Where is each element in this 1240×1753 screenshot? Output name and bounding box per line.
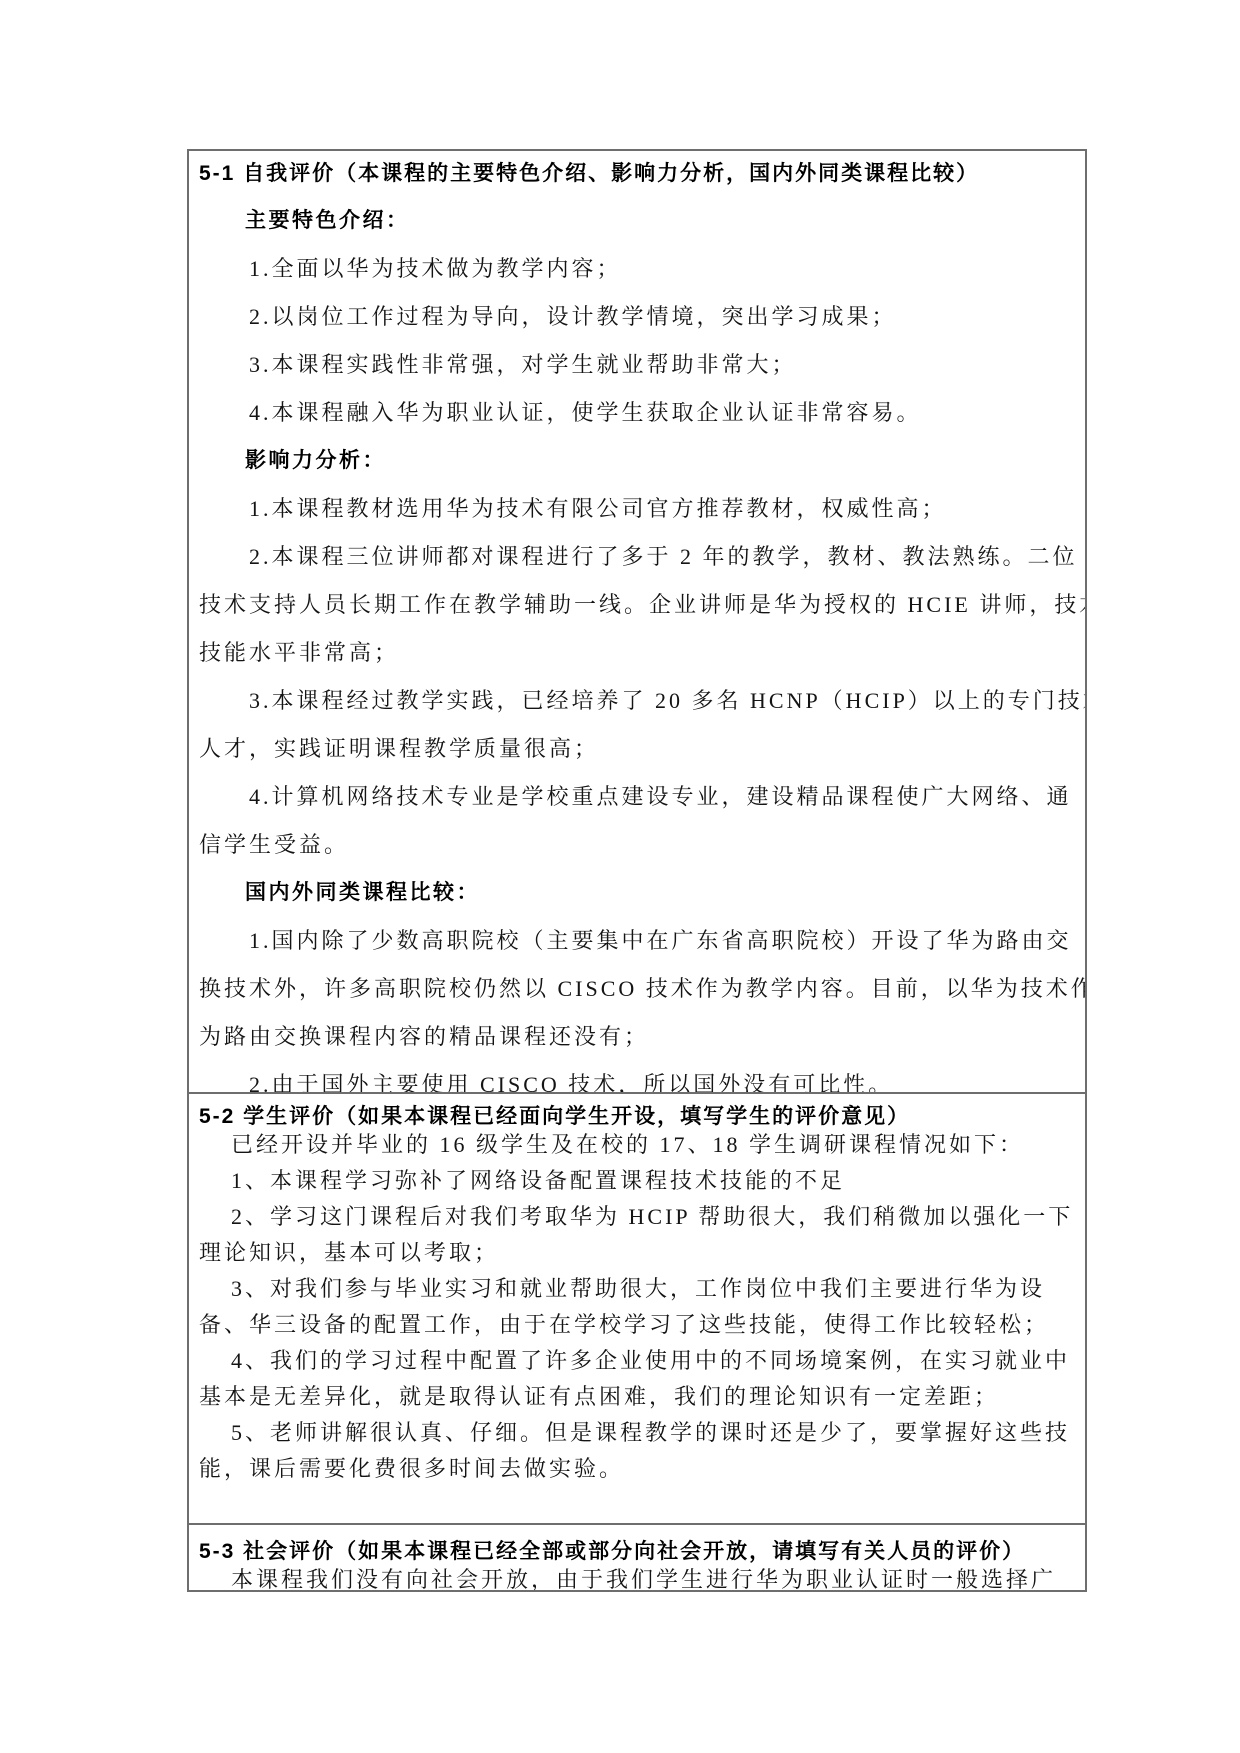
page: { "colors": { "border": "#6e6e6e", "text…	[0, 0, 1240, 1753]
section-5-2: 5-2 学生评价（如果本课程已经面向学生开设，填写学生的评价意见）已经开设并毕业…	[189, 1092, 1085, 1523]
text-line: 备、华三设备的配置工作，由于在学校学习了这些技能，使得工作比较轻松；	[199, 1308, 1075, 1344]
text-line: 技术支持人员长期工作在教学辅助一线。企业讲师是华为授权的 HCIE 讲师，技术	[199, 588, 1075, 636]
text-line: 技能水平非常高；	[199, 636, 1075, 684]
text-line: 5、老师讲解很认真、仔细。但是课程教学的课时还是少了，要掌握好这些技	[231, 1416, 1075, 1452]
section-header-5-2: 5-2 学生评价（如果本课程已经面向学生开设，填写学生的评价意见）	[199, 1100, 1075, 1128]
text-line: 1、本课程学习弥补了网络设备配置课程技术技能的不足	[231, 1164, 1075, 1200]
section-header-5-1: 5-1 自我评价（本课程的主要特色介绍、影响力分析，国内外同类课程比较）	[199, 157, 1075, 204]
section-5-1: 5-1 自我评价（本课程的主要特色介绍、影响力分析，国内外同类课程比较）主要特色…	[189, 151, 1085, 1092]
text-line: 2.以岗位工作过程为导向，设计教学情境，突出学习成果；	[249, 300, 1075, 348]
text-line: 2.由于国外主要使用 CISCO 技术，所以国外没有可比性。	[249, 1068, 1075, 1092]
text-line: 1.本课程教材选用华为技术有限公司官方推荐教材，权威性高；	[249, 492, 1075, 540]
section-5-3: 5-3 社会评价（如果本课程已经全部或部分向社会开放，请填写有关人员的评价）本课…	[189, 1523, 1085, 1590]
section-header-5-3: 5-3 社会评价（如果本课程已经全部或部分向社会开放，请填写有关人员的评价）	[199, 1535, 1075, 1563]
text-line: 主要特色介绍：	[245, 204, 1075, 252]
text-line: 4.本课程融入华为职业认证，使学生获取企业认证非常容易。	[249, 396, 1075, 444]
evaluation-table: 5-1 自我评价（本课程的主要特色介绍、影响力分析，国内外同类课程比较）主要特色…	[187, 149, 1087, 1592]
text-line: 信学生受益。	[199, 828, 1075, 876]
text-line: 已经开设并毕业的 16 级学生及在校的 17、18 学生调研课程情况如下：	[231, 1128, 1075, 1164]
text-line: 影响力分析：	[245, 444, 1075, 492]
text-line: 3、对我们参与毕业实习和就业帮助很大，工作岗位中我们主要进行华为设	[231, 1272, 1075, 1308]
text-line: 理论知识，基本可以考取；	[199, 1236, 1075, 1272]
text-line: 1.国内除了少数高职院校（主要集中在广东省高职院校）开设了华为路由交	[249, 924, 1075, 972]
text-line: 3.本课程经过教学实践，已经培养了 20 多名 HCNP（HCIP）以上的专门技…	[249, 684, 1075, 732]
text-line: 能，课后需要化费很多时间去做实验。	[199, 1452, 1075, 1488]
text-line: 4.计算机网络技术专业是学校重点建设专业，建设精品课程使广大网络、通	[249, 780, 1075, 828]
text-line: 基本是无差异化，就是取得认证有点困难，我们的理论知识有一定差距；	[199, 1380, 1075, 1416]
text-line: 2、学习这门课程后对我们考取华为 HCIP 帮助很大，我们稍微加以强化一下	[231, 1200, 1075, 1236]
text-line: 4、我们的学习过程中配置了许多企业使用中的不同场境案例，在实习就业中	[231, 1344, 1075, 1380]
text-line: 本课程我们没有向社会开放，由于我们学生进行华为职业认证时一般选择广	[231, 1563, 1075, 1590]
text-line: 2.本课程三位讲师都对课程进行了多于 2 年的教学，教材、教法熟练。二位	[249, 540, 1075, 588]
text-line: 人才，实践证明课程教学质量很高；	[199, 732, 1075, 780]
text-line: 国内外同类课程比较：	[245, 876, 1075, 924]
text-line: 3.本课程实践性非常强，对学生就业帮助非常大；	[249, 348, 1075, 396]
text-line: 1.全面以华为技术做为教学内容；	[249, 252, 1075, 300]
text-line: 换技术外，许多高职院校仍然以 CISCO 技术作为教学内容。目前，以华为技术作	[199, 972, 1075, 1020]
text-line: 为路由交换课程内容的精品课程还没有；	[199, 1020, 1075, 1068]
